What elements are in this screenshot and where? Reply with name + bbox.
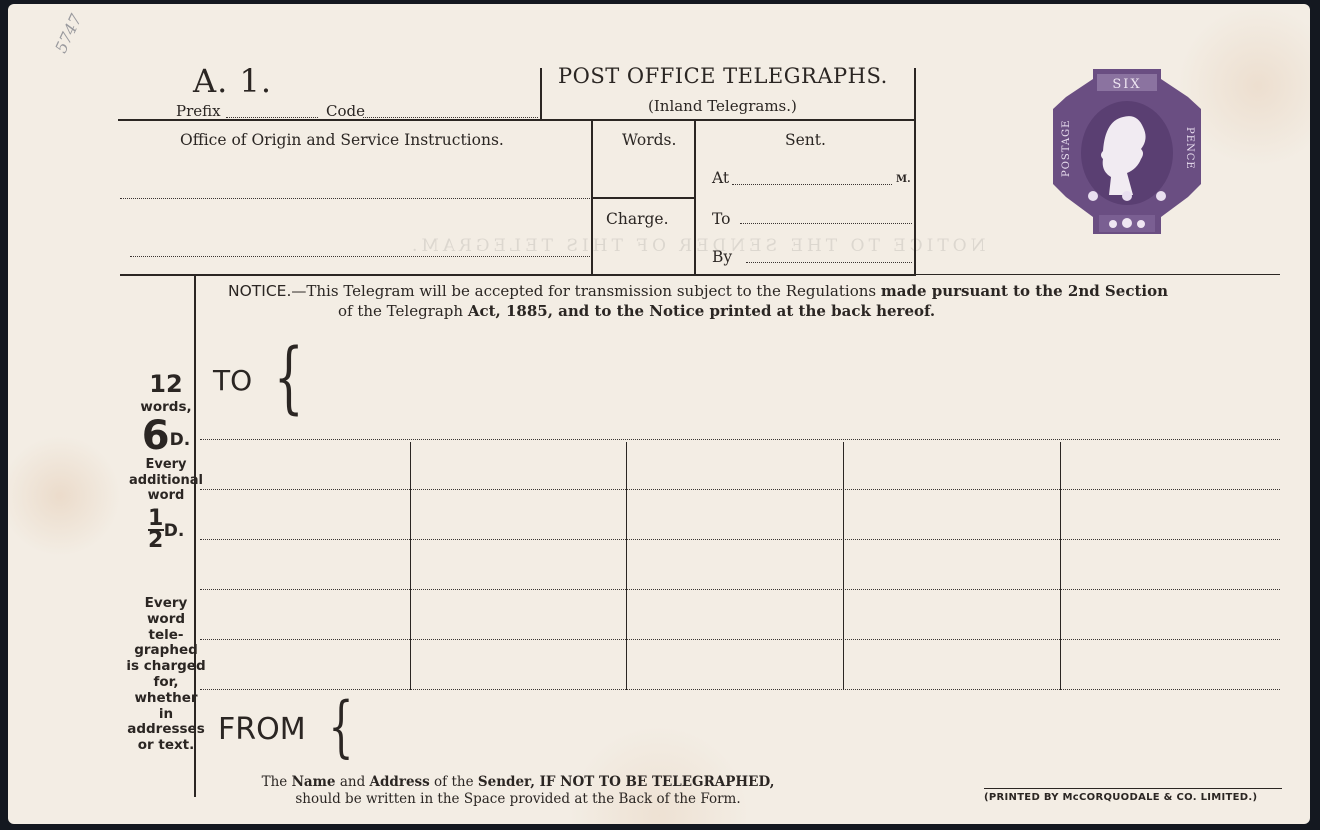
sent-by-field[interactable] xyxy=(746,262,912,263)
telegram-form: 5747 NOTICE TO THE SENDER OF THIS TELEGR… xyxy=(8,4,1310,824)
svg-text:SIX: SIX xyxy=(1112,77,1141,92)
rate-additional-price: 12D. xyxy=(126,510,206,550)
divider xyxy=(984,788,1282,789)
page-title: POST OFFICE TELEGRAPHS. xyxy=(558,64,888,88)
rate-base-price: 6D. xyxy=(126,414,206,458)
charge-label: Charge. xyxy=(606,210,669,228)
page-subtitle: (Inland Telegrams.) xyxy=(648,97,797,115)
origin-field-line[interactable] xyxy=(120,198,590,199)
sent-at-field[interactable] xyxy=(732,184,892,185)
sent-m-label: M. xyxy=(896,174,911,185)
postage-stamp-icon: SIX POSTAGE PENCE xyxy=(1053,69,1201,234)
divider xyxy=(914,68,916,276)
from-label: FROM xyxy=(218,712,306,747)
rate-additional-label: Every additional word xyxy=(126,457,206,504)
origin-field-line[interactable] xyxy=(130,256,590,257)
divider xyxy=(540,68,542,120)
svg-text:PENCE: PENCE xyxy=(1184,127,1195,170)
sent-label: Sent. xyxy=(785,131,826,149)
prefix-field[interactable] xyxy=(226,117,318,118)
grid-line xyxy=(200,439,1280,440)
to-address-field[interactable] xyxy=(288,334,1278,434)
divider xyxy=(118,119,916,121)
charge-note: Every word tele- graphed is charged for,… xyxy=(126,596,206,754)
notice-text: NOTICE.—This Telegram will be accepted f… xyxy=(228,281,1288,321)
sent-to-label: To xyxy=(712,210,730,228)
divider xyxy=(120,274,1280,275)
words-label: Words. xyxy=(622,131,676,149)
message-text-grid[interactable] xyxy=(200,441,1280,689)
svg-text:POSTAGE: POSTAGE xyxy=(1061,120,1072,177)
grid-line xyxy=(200,689,1280,690)
notice-heading: NOTICE. xyxy=(228,282,291,300)
prefix-label: Prefix xyxy=(176,102,221,120)
code-field[interactable] xyxy=(363,117,538,118)
pencil-annotation: 5747 xyxy=(51,11,85,56)
sender-note: The Name and Address of the Sender, IF N… xyxy=(208,774,828,808)
form-code: A. 1. xyxy=(193,62,272,100)
divider xyxy=(694,119,696,276)
printer-imprint: (PRINTED BY McCORQUODALE & CO. LIMITED.) xyxy=(984,792,1257,803)
sent-to-field[interactable] xyxy=(740,223,912,224)
rate-word-count: 12 xyxy=(126,370,206,398)
divider xyxy=(591,197,695,199)
sent-by-label: By xyxy=(712,248,732,266)
code-label: Code xyxy=(326,102,365,120)
show-through-text: NOTICE TO THE SENDER OF THIS TELEGRAM. xyxy=(408,236,986,256)
origin-label: Office of Origin and Service Instruction… xyxy=(180,131,504,149)
sent-at-label: At xyxy=(712,169,729,187)
to-label: TO xyxy=(213,364,252,397)
from-address-field[interactable] xyxy=(343,694,1278,764)
